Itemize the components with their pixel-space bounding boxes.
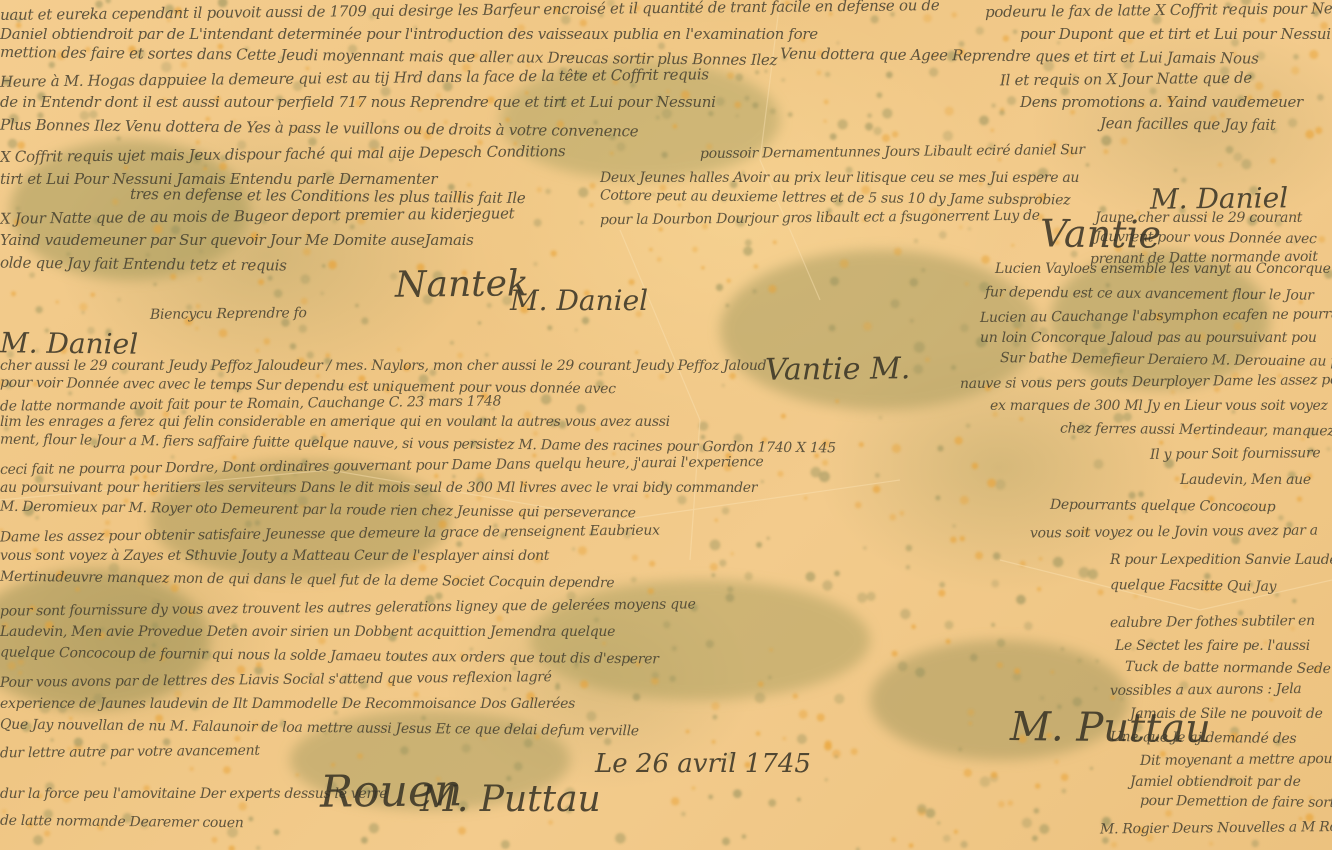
handwritten-line: quelque Facsitte Qui Jay	[1110, 577, 1276, 595]
handwritten-line: quelque Concocoup de fournir qui nous la…	[0, 645, 659, 668]
handwritten-line: M. Rogier Deurs Nouvelles a M Rogier do	[1100, 819, 1332, 838]
handwritten-line: pour la Dourbon Dourjour gros libault ec…	[600, 208, 1040, 229]
handwritten-line: Que Jay nouvellan de nu M. Falaunoir de …	[0, 717, 639, 740]
handwritten-line: Laudevin, Men avie Provedue Deten avoir …	[0, 624, 615, 640]
handwritten-line: X Coffrit requis ujet mais Jeux dispour …	[0, 142, 565, 166]
handwritten-line: experience de Jaunes laudevin de Ilt Dam…	[0, 696, 575, 712]
signature: M. Puttau	[1010, 704, 1211, 752]
signature: Vantie	[1040, 211, 1161, 256]
handwritten-line: Dens promotions a. Yaind vaudemeuer	[1020, 93, 1303, 111]
handwritten-line: ceci fait ne pourra pour Dordre, Dont or…	[0, 454, 764, 478]
handwritten-line: Venu dottera que Agee Reprendre ques et …	[780, 44, 1259, 67]
signature: Nantek	[395, 263, 529, 305]
handwritten-line: R pour Lexpedition Sanvie Laude	[1110, 552, 1332, 568]
handwritten-line: Depourrants quelque Concocoup	[1050, 497, 1276, 515]
handwritten-line: uaut et eureka cependant il pouvoit auss…	[0, 0, 939, 24]
handwritten-line: Lucien au Cauchange l'absymphon ecafen n…	[980, 306, 1332, 326]
signature: M. Daniel	[510, 284, 648, 317]
handwritten-line: Pour vous avons par de lettres des Liavi…	[0, 669, 552, 691]
handwritten-line: Heure à M. Hogas dappuiee la demeure qui…	[0, 65, 709, 90]
handwritten-line: pour Dupont que et tirt et Lui pour Ness…	[1020, 25, 1331, 43]
handwritten-line: fur dependu est ce aux avancement flour …	[985, 284, 1314, 303]
handwritten-line: Jean facilles que Jay fait	[1100, 114, 1276, 134]
handwritten-line: Plus Bonnes Ilez Venu dottera de Yes à p…	[0, 116, 638, 141]
handwritten-line: Le Sectet les faire pe. l'aussi	[1115, 638, 1310, 654]
handwritten-line: vossibles a aux aurons : Jela	[1110, 681, 1302, 699]
handwritten-line: Il y pour Soit fournissure	[1150, 445, 1320, 463]
manuscript-paper: uaut et eureka cependant il pouvoit auss…	[0, 0, 1332, 850]
handwritten-line: Sur bathe Demefieur Deraiero M. Derouain…	[1000, 350, 1332, 370]
handwritten-line: vous sont voyez à Zayes et Sthuvie Jouty…	[0, 548, 549, 564]
handwritten-line: X Jour Natte que de au mois de Bugeor de…	[0, 204, 514, 227]
handwritten-line: pour voir Donnée avec avec le temps Sur …	[0, 375, 616, 397]
handwritten-line: Il et requis on X Jour Natte que de	[1000, 69, 1252, 90]
handwritten-line: Cottore peut au deuxieme lettres et de 5…	[600, 188, 1070, 209]
handwritten-line: vous soit voyez ou le Jovin vous avez pa…	[1030, 522, 1318, 541]
handwritten-line: M. Deromieux par M. Royer oto Demeurent …	[0, 499, 636, 522]
handwritten-line: chez ferres aussi Mertindeaur, manquez	[1060, 421, 1332, 440]
handwritten-line: Tuck de batte normande Sede	[1125, 659, 1331, 677]
handwritten-line: Jamiel obtiendroit par de	[1130, 774, 1301, 790]
handwritten-line: Dit moyenant a mettre apou	[1140, 751, 1332, 769]
handwritten-line: tres en defense et les Conditions les pl…	[130, 185, 526, 207]
signature: Vantie M.	[765, 351, 911, 388]
handwritten-line: olde que Jay fait Entendu tetz et requis	[0, 254, 287, 275]
handwritten-line: Dame les assez pour obtenir satisfaire J…	[0, 523, 660, 546]
handwritten-line: au poursuivant pour heritiers les servit…	[0, 480, 757, 496]
handwritten-line: pour Demettion de faire sortes	[1140, 793, 1332, 811]
handwritten-line: un loin Concorque Jaloud pas au poursuiv…	[980, 330, 1317, 346]
handwritten-line: de latte normande avoit fait pour te Rom…	[0, 393, 501, 414]
handwritten-line: lim les enrages a ferez qui felin consid…	[0, 414, 670, 430]
signature: M. Puttau	[420, 779, 601, 820]
handwritten-line: de latte normande Dearemer couen	[0, 813, 244, 832]
handwritten-line: Deux Jeunes halles Avoir au prix leur li…	[600, 170, 1079, 186]
handwritten-line: pour sont fournissure dy vous avez trouv…	[0, 596, 696, 619]
handwritten-line: Yaind vaudemeuner par Sur quevoir Jour M…	[0, 231, 474, 249]
handwriting-layer: uaut et eureka cependant il pouvoit auss…	[0, 0, 1332, 850]
handwritten-line: podeuru le fax de latte X Coffrit requis…	[985, 0, 1332, 21]
handwritten-line: poussoir Dernamentunnes Jours Libault ec…	[700, 142, 1085, 162]
signature: M. Daniel	[0, 326, 138, 360]
signature: Le 26 avril 1745	[595, 749, 811, 779]
handwritten-line: Daniel obtiendroit par de L'intendant de…	[0, 25, 818, 43]
handwritten-line: dur lettre autre par votre avancement	[0, 743, 260, 762]
handwritten-line: Laudevin, Men aue	[1180, 472, 1311, 488]
handwritten-line: ex marques de 300 Ml Jy en Lieur vous so…	[990, 398, 1332, 414]
handwritten-line: Lucien Vayloes ensemble les vanyt au Con…	[995, 261, 1331, 277]
handwritten-line: de in Entendr dont il est aussi autour p…	[0, 93, 716, 111]
signature: M. Daniel	[1150, 181, 1288, 215]
handwritten-line: ealubre Der fothes subtiler en	[1110, 613, 1315, 631]
handwritten-line: ment, flour le Jour a M. fiers saffaire …	[0, 432, 836, 457]
handwritten-line: Biencycu Reprendre fo	[150, 305, 307, 323]
handwritten-line: nauve si vous pers gouts Deurployer Dame…	[960, 372, 1332, 392]
handwritten-line: Mertinudeuvre manquez mon de qui dans le…	[0, 569, 614, 591]
